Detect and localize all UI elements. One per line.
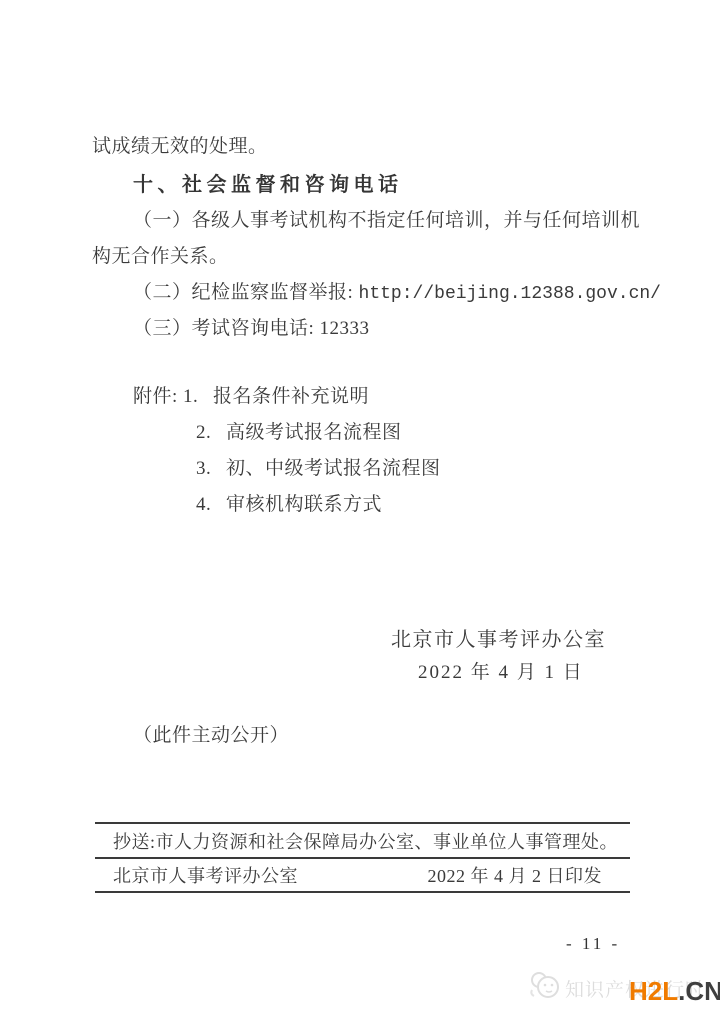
- cc-label: 抄送:: [113, 828, 156, 854]
- watermark-brand: H2L.CN: [629, 976, 720, 1007]
- footer-issuer: 北京市人事考评办公室: [113, 862, 298, 888]
- signing-date: 2022 年 4 月 1 日: [418, 657, 584, 684]
- attachment-row: 2.高级考试报名流程图: [196, 417, 402, 444]
- print-row: 北京市人事考评办公室 2022 年 4 月 2 日印发: [95, 859, 630, 891]
- attachment-title: 审核机构联系方式: [226, 494, 382, 515]
- footer-block: 抄送: 市人力资源和社会保障局办公室、事业单位人事管理处。 北京市人事考评办公室…: [95, 822, 630, 893]
- attachment-title: 高级考试报名流程图: [226, 422, 402, 443]
- hotline-number: 12333: [320, 318, 370, 339]
- attachment-number: 3.: [196, 458, 226, 480]
- attachment-row: 3.初、中级考试报名流程图: [196, 453, 441, 480]
- disclosure-note: （此件主动公开）: [133, 720, 289, 747]
- page-number: - 11 -: [566, 934, 620, 954]
- supervision-url: http://beijing.12388.gov.cn/: [359, 284, 661, 304]
- footer-print-date: 2022 年 4 月 2 日印发: [428, 862, 603, 888]
- document-page: 试成绩无效的处理。 十、社会监督和咨询电话 （一）各级人事考试机构不指定任何培训…: [0, 0, 720, 1018]
- item1-line2: 构无合作关系。: [92, 241, 229, 268]
- cc-row: 抄送: 市人力资源和社会保障局办公室、事业单位人事管理处。: [95, 824, 630, 859]
- watermark-logo-icon: [527, 968, 565, 1006]
- attachment-number: 2.: [196, 422, 226, 444]
- attachment-title: 初、中级考试报名流程图: [226, 458, 441, 479]
- brand-suffix: .CN: [678, 976, 720, 1006]
- attachment-number: 1.: [183, 386, 213, 408]
- attachment-row: 附件: 1.报名条件补充说明: [133, 381, 369, 408]
- cc-text: 市人力资源和社会保障局办公室、事业单位人事管理处。: [156, 828, 619, 854]
- signing-org: 北京市人事考评办公室: [391, 623, 606, 652]
- brand-primary: H2L: [629, 976, 678, 1006]
- attachment-row: 4.审核机构联系方式: [196, 489, 382, 516]
- item2-prefix: （二）纪检监察监督举报:: [133, 282, 359, 303]
- item3-line: （三）考试咨询电话: 12333: [133, 313, 370, 340]
- carryover-line: 试成绩无效的处理。: [92, 131, 268, 158]
- attachment-number: 4.: [196, 494, 226, 516]
- section-heading: 十、社会监督和咨询电话: [133, 168, 403, 197]
- attachments-label: 附件:: [133, 386, 183, 407]
- site-watermark: 知识产权进行时 H2L.CN: [527, 966, 720, 1016]
- item2-line: （二）纪检监察监督举报: http://beijing.12388.gov.cn…: [133, 277, 661, 304]
- item3-prefix: （三）考试咨询电话:: [133, 318, 320, 339]
- item1-line1: （一）各级人事考试机构不指定任何培训，并与任何培训机: [133, 205, 640, 232]
- attachment-title: 报名条件补充说明: [213, 386, 369, 407]
